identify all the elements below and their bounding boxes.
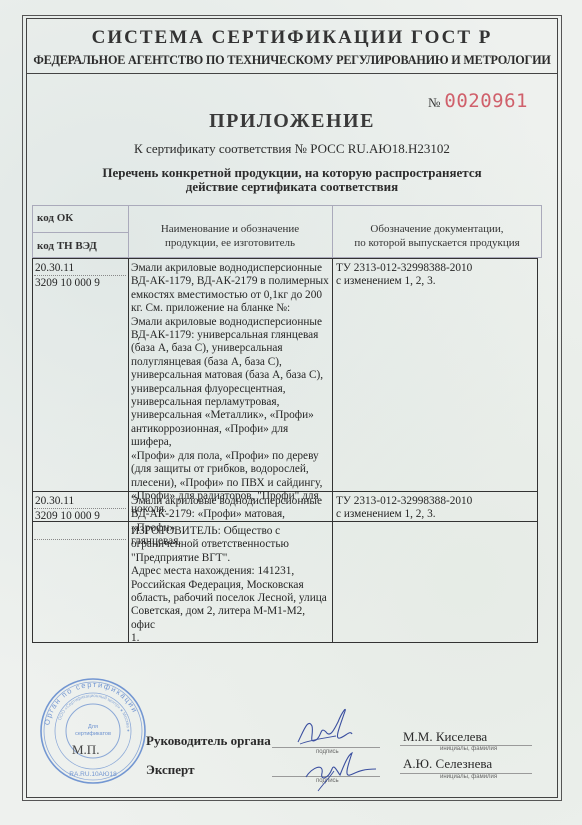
row1-code-tn-ved: 3209 10 000 9 [35, 277, 100, 290]
row1-product: Эмали акриловые воднодисперсионные ВД-АК… [131, 262, 331, 517]
certificate-reference: К сертификату соответствия № РОСС RU.АЮ1… [26, 141, 558, 157]
serial-value: 0020961 [444, 90, 528, 112]
header-code-ok: код ОК [37, 212, 73, 224]
serial-prefix: № [428, 95, 440, 110]
head-name-caption: инициалы, фамилия [440, 746, 497, 752]
header-docs-line1: Обозначение документации, [332, 222, 542, 236]
head-name: М.М. Киселева [403, 729, 487, 745]
row2-code-ok: 20.30.11 [35, 495, 74, 508]
header-product: Наименование и обозначение продукции, ее… [128, 222, 332, 250]
header-divider [26, 73, 558, 74]
expert-name-caption: инициалы, фамилия [440, 774, 497, 780]
list-heading: Перечень конкретной продукции, на котору… [26, 166, 558, 194]
expert-role-label: Эксперт [146, 762, 194, 778]
header-code-tn-ved: код ТН ВЭД [37, 240, 97, 252]
svg-text:Для: Для [88, 724, 98, 730]
expert-signature-icon [300, 745, 380, 795]
code-separator [34, 539, 126, 540]
column-divider [128, 258, 129, 643]
expert-name: А.Ю. Селезнева [403, 756, 492, 772]
header-product-line1: Наименование и обозначение [128, 222, 332, 236]
list-heading-line2: действие сертификата соответствия [26, 180, 558, 194]
svg-text:сертификатов: сертификатов [75, 731, 111, 737]
certification-stamp-icon: Орган по сертификации ООО «Сертификацион… [38, 676, 148, 786]
row1-docs: ТУ 2313-012-32998388-2010 с изменением 1… [336, 262, 536, 289]
system-title: СИСТЕМА СЕРТИФИКАЦИИ ГОСТ Р [26, 27, 558, 49]
document-title: ПРИЛОЖЕНИЕ [26, 110, 558, 133]
column-divider [332, 258, 333, 643]
row3-manufacturer: ИЗГОТОВИТЕЛЬ: Общество с ограниченной от… [131, 525, 331, 646]
header-product-line2: продукции, ее изготовитель [128, 236, 332, 250]
stamp-place-mark: М.П. [72, 742, 99, 758]
header-docs: Обозначение документации, по которой вып… [332, 222, 542, 250]
header-docs-line2: по которой выпускается продукция [332, 236, 542, 250]
head-role-label: Руководитель органа [146, 733, 271, 749]
list-heading-line1: Перечень конкретной продукции, на котору… [26, 166, 558, 180]
svg-text:RA.RU.10АЮ18: RA.RU.10АЮ18 [69, 771, 117, 778]
table-header-split [32, 232, 128, 233]
row1-code-ok: 20.30.11 [35, 262, 74, 275]
serial-number: №0020961 [428, 90, 528, 112]
row2-code-tn-ved: 3209 10 000 9 [35, 510, 100, 523]
row2-docs: ТУ 2313-012-32998388-2010 с изменением 1… [336, 495, 536, 522]
agency-title: ФЕДЕРАЛЬНОЕ АГЕНТСТВО ПО ТЕХНИЧЕСКОМУ РЕ… [26, 53, 558, 68]
